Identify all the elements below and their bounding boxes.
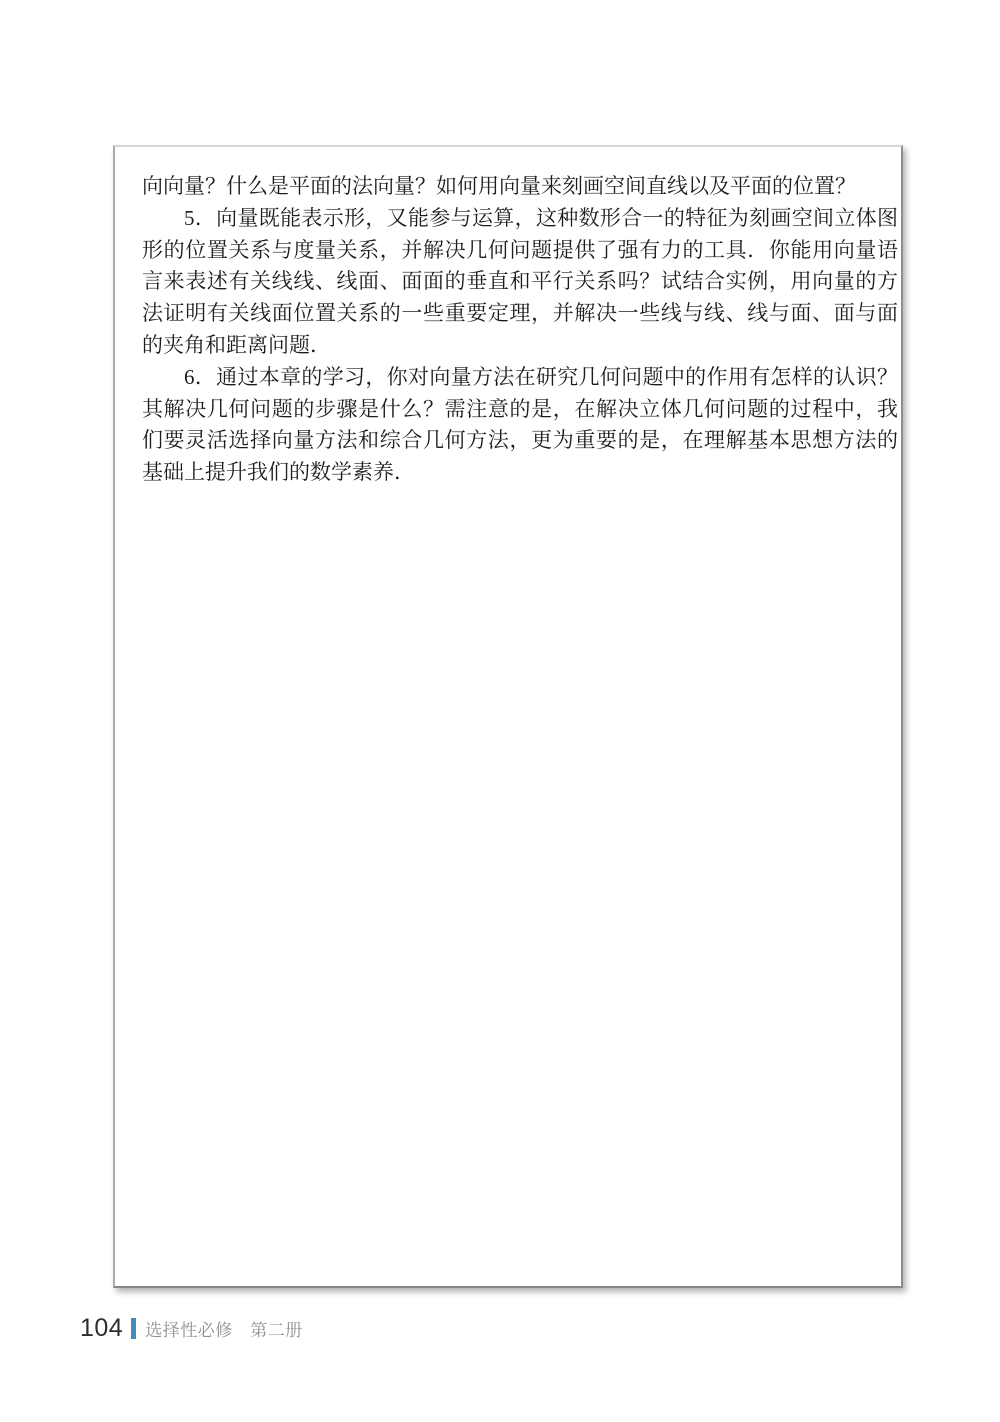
text-line: 们要灵活选择向量方法和综合几何方法，更为重要的是，在理解基本思想方法的 <box>142 425 898 457</box>
text-line: 言来表述有关线线、线面、面面的垂直和平行关系吗？试结合实例，用向量的方 <box>142 266 898 298</box>
text-line: 向向量？什么是平面的法向量？如何用向量来刻画空间直线以及平面的位置？ <box>142 171 898 203</box>
text-line: 基础上提升我们的数学素养． <box>142 457 898 489</box>
footer: 104 选择性必修 第二册 <box>80 1313 303 1343</box>
text-line: 法证明有关线面位置关系的一些重要定理，并解决一些线与线、线与面、面与面 <box>142 298 898 330</box>
page-number: 104 <box>80 1314 123 1343</box>
textbook-page: { "content": { "lines": [ { "text": "向向量… <box>0 0 1000 1422</box>
body-text: 向向量？什么是平面的法向量？如何用向量来刻画空间直线以及平面的位置？ 5．向量既… <box>142 171 898 489</box>
footer-divider-bar <box>131 1318 136 1339</box>
text-line: 6．通过本章的学习，你对向量方法在研究几何问题中的作用有怎样的认识？ <box>142 362 898 394</box>
text-line: 其解决几何问题的步骤是什么？需注意的是，在解决立体几何问题的过程中，我 <box>142 394 898 426</box>
text-line: 形的位置关系与度量关系，并解决几何问题提供了强有力的工具．你能用向量语 <box>142 235 898 267</box>
book-title: 选择性必修 第二册 <box>145 1316 303 1341</box>
page-sheet: 向向量？什么是平面的法向量？如何用向量来刻画空间直线以及平面的位置？ 5．向量既… <box>113 145 903 1288</box>
text-line: 5．向量既能表示形，又能参与运算，这种数形合一的特征为刻画空间立体图 <box>142 203 898 235</box>
text-line: 的夹角和距离问题． <box>142 330 898 362</box>
